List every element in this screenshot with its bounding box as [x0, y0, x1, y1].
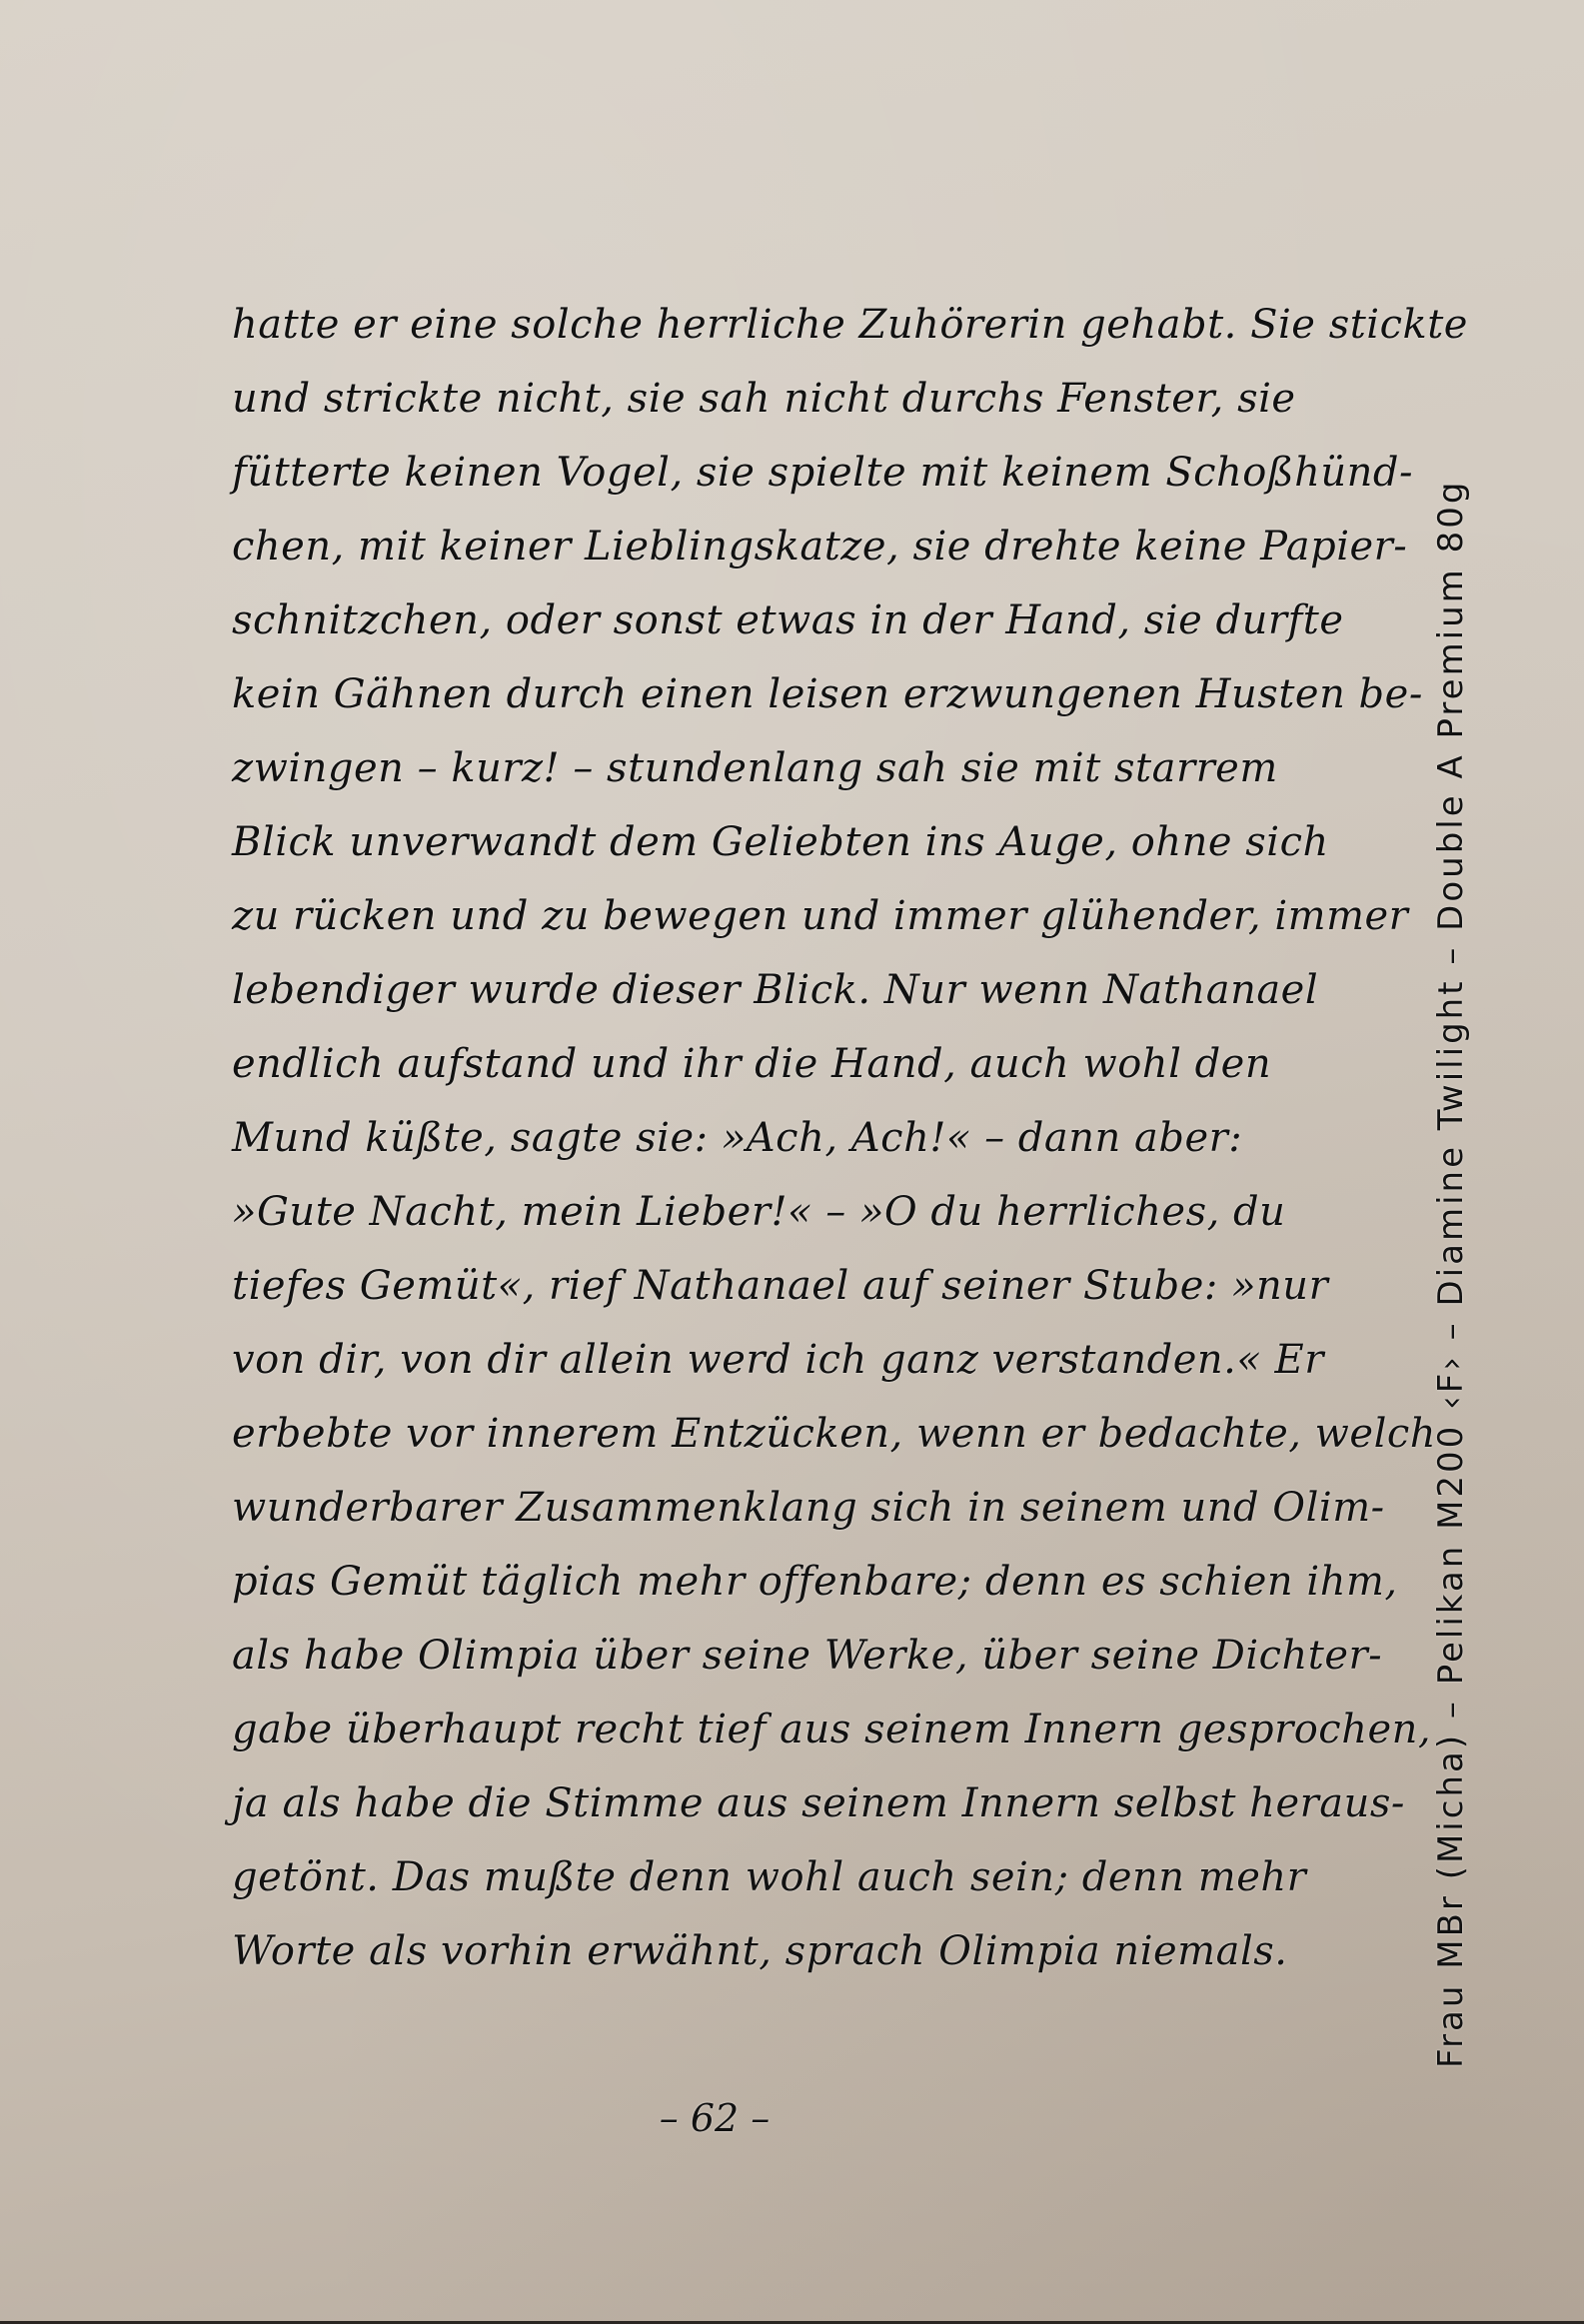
text-line: schnitzchen, oder sonst etwas in der Han…	[232, 583, 1411, 657]
page-number: – 62 –	[640, 2096, 790, 2140]
text-line: zu rücken und zu bewegen und immer glühe…	[232, 879, 1411, 953]
text-line: pias Gemüt täglich mehr offenbare; denn …	[232, 1545, 1411, 1619]
text-line: und strickte nicht, sie sah nicht durchs…	[232, 362, 1411, 436]
text-line: gabe überhaupt recht tief aus seinem Inn…	[232, 1693, 1411, 1766]
text-line: zwingen – kurz! – stundenlang sah sie mi…	[232, 731, 1411, 805]
text-line: Worte als vorhin erwähnt, sprach Olimpia…	[232, 1914, 1411, 1988]
margin-note-vertical: Frau MBr (Micha) – Pelikan M200 ‹F› – Di…	[1431, 480, 1471, 2068]
text-line: fütterte keinen Vogel, sie spielte mit k…	[232, 436, 1411, 510]
text-line: Mund küßte, sagte sie: »Ach, Ach!« – dan…	[232, 1101, 1411, 1175]
text-line: lebendiger wurde dieser Blick. Nur wenn …	[232, 953, 1411, 1027]
text-line: getönt. Das mußte denn wohl auch sein; d…	[232, 1840, 1411, 1914]
handwritten-body-text: hatte er eine solche herrliche Zuhörerin…	[232, 288, 1411, 1988]
text-line: ja als habe die Stimme aus seinem Innern…	[232, 1766, 1411, 1840]
text-line: tiefes Gemüt«, rief Nathanael auf seiner…	[232, 1249, 1411, 1323]
text-line: Blick unverwandt dem Geliebten ins Auge,…	[232, 805, 1411, 879]
text-line: kein Gähnen durch einen leisen erzwungen…	[232, 657, 1411, 731]
text-line: wunderbarer Zusammenklang sich in seinem…	[232, 1471, 1411, 1545]
text-line: von dir, von dir allein werd ich ganz ve…	[232, 1323, 1411, 1397]
text-line: als habe Olimpia über seine Werke, über …	[232, 1619, 1411, 1693]
text-line: »Gute Nacht, mein Lieber!« – »O du herrl…	[232, 1175, 1411, 1249]
text-line: endlich aufstand und ihr die Hand, auch …	[232, 1027, 1411, 1101]
text-line: erbebte vor innerem Entzücken, wenn er b…	[232, 1397, 1411, 1471]
text-line: chen, mit keiner Lieblingskatze, sie dre…	[232, 510, 1411, 583]
text-line: hatte er eine solche herrliche Zuhörerin…	[232, 288, 1411, 362]
